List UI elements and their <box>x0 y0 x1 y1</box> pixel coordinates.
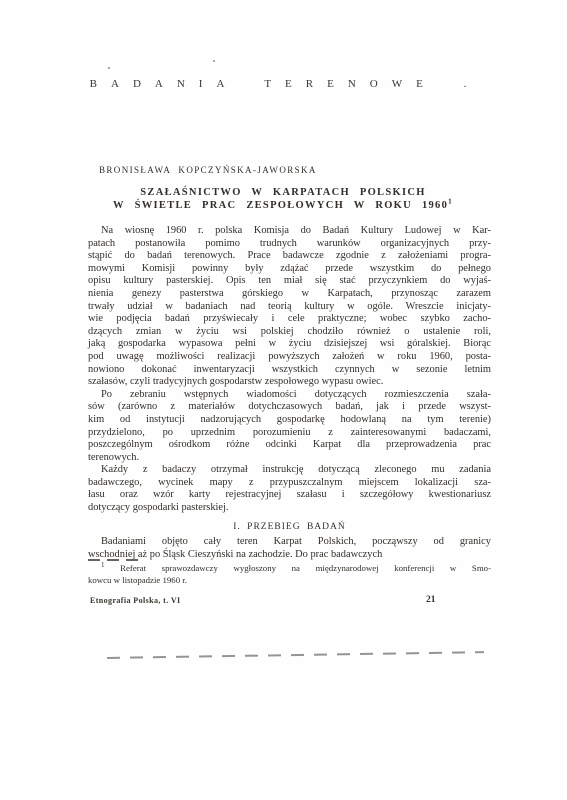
text-line: wie podjęcia badań przyświecały i cele p… <box>88 313 491 326</box>
text-line: szałasów, czyli tradycyjnych gospodarstw… <box>88 376 491 389</box>
text-line: dzących zmian w życiu wsi polskiej chodz… <box>88 326 491 339</box>
text-line: łasu oraz wzór karty rejestracyjnej szał… <box>88 489 491 502</box>
text-line: przydzielono, po uprzednim porozumieniu … <box>88 427 491 440</box>
text-line: nienia genezy pasterstwa górskiego w Kar… <box>88 288 491 301</box>
text-line: stąpić do badań terenowych. Prace badawc… <box>88 250 491 263</box>
text-line: badawczego, wycinek mapy z przypuszczaln… <box>88 477 491 490</box>
paragraph-2: Po zebraniu wstępnych wiadomości dotyczą… <box>88 389 491 465</box>
article-title: SZAŁAŚNICTWO W KARPATACH POLSKICH W ŚWIE… <box>63 186 503 212</box>
text-line: terenowych. <box>88 452 491 465</box>
footnote-reference-mark: 1 <box>448 198 453 206</box>
text-line: pod uwagę możliwości realizacji powyższy… <box>88 351 491 364</box>
text-line: kim od instytucji nadzorujących gospodar… <box>88 414 491 427</box>
scan-speck <box>213 60 215 62</box>
footnote: 1 Referat sprawozdawczy wygłoszony na mi… <box>88 563 491 586</box>
text-line: mowymi Komisji powinny były zdążać przed… <box>88 263 491 276</box>
text-line: Na wiosnę 1960 r. polska Komisja do Bada… <box>88 225 491 238</box>
author-name: BRONISŁAWA KOPCZYŃSKA-JAWORSKA <box>99 165 317 175</box>
paragraph-3: Każdy z badaczy otrzymał instrukcję doty… <box>88 464 491 514</box>
journal-reference: Etnografia Polska, t. VI <box>90 596 181 605</box>
text-line: Każdy z badaczy otrzymał instrukcję doty… <box>88 464 491 477</box>
text-line: wschodniej aż po Śląsk Cieszyński na zac… <box>88 549 491 562</box>
scan-speck <box>108 67 110 69</box>
scanned-document-page: BADANIA TERENOWE . BRONISŁAWA KOPCZYŃSKA… <box>0 0 567 800</box>
bottom-dashed-line <box>107 651 484 659</box>
paragraph-4: Badaniami objęto cały teren Karpat Polsk… <box>88 536 491 561</box>
text-line: Badaniami objęto cały teren Karpat Polsk… <box>88 536 491 549</box>
title-line-2: W ŚWIETLE PRAC ZESPOŁOWYCH W ROKU 19601 <box>63 199 503 212</box>
text-line: poszczególnym ośrodkom różne odcinki Kar… <box>88 439 491 452</box>
text-line: dotyczący gospodarki pasterskiej. <box>88 502 491 515</box>
text-line: opisu kultury pasterskiej. Opis ten miał… <box>88 275 491 288</box>
footnote-line-1-text: Referat sprawozdawczy wygłoszony na międ… <box>120 563 491 573</box>
running-head: BADANIA TERENOWE . <box>70 78 500 90</box>
title-line-2-text: W ŚWIETLE PRAC ZESPOŁOWYCH W ROKU 1960 <box>113 200 448 211</box>
paragraph-1: Na wiosnę 1960 r. polska Komisja do Bada… <box>88 225 491 389</box>
footnote-line-1: 1 Referat sprawozdawczy wygłoszony na mi… <box>88 563 491 575</box>
text-line: jaką gospodarka wypasowa pełni w życiu d… <box>88 338 491 351</box>
text-line: nowiono dokonać inwentaryzacji wszystkic… <box>88 364 491 377</box>
text-line: patach postanowiła pomimo trudnych warun… <box>88 238 491 251</box>
footnote-line-2: kowcu w listopadzie 1960 r. <box>88 575 491 587</box>
article-body: Na wiosnę 1960 r. polska Komisja do Bada… <box>88 225 491 561</box>
section-heading: I. PRZEBIEG BADAŃ <box>88 521 491 534</box>
page-number: 21 <box>426 595 436 605</box>
title-line-1: SZAŁAŚNICTWO W KARPATACH POLSKICH <box>63 186 503 199</box>
footnote-number: 1 <box>101 561 105 569</box>
footnote-separator-rule <box>88 559 145 561</box>
text-line: trwały udział w badaniach nad teorią kul… <box>88 301 491 314</box>
text-line: Po zebraniu wstępnych wiadomości dotyczą… <box>88 389 491 402</box>
text-line: sów (zarówno z materiałów dotychczasowyc… <box>88 401 491 414</box>
